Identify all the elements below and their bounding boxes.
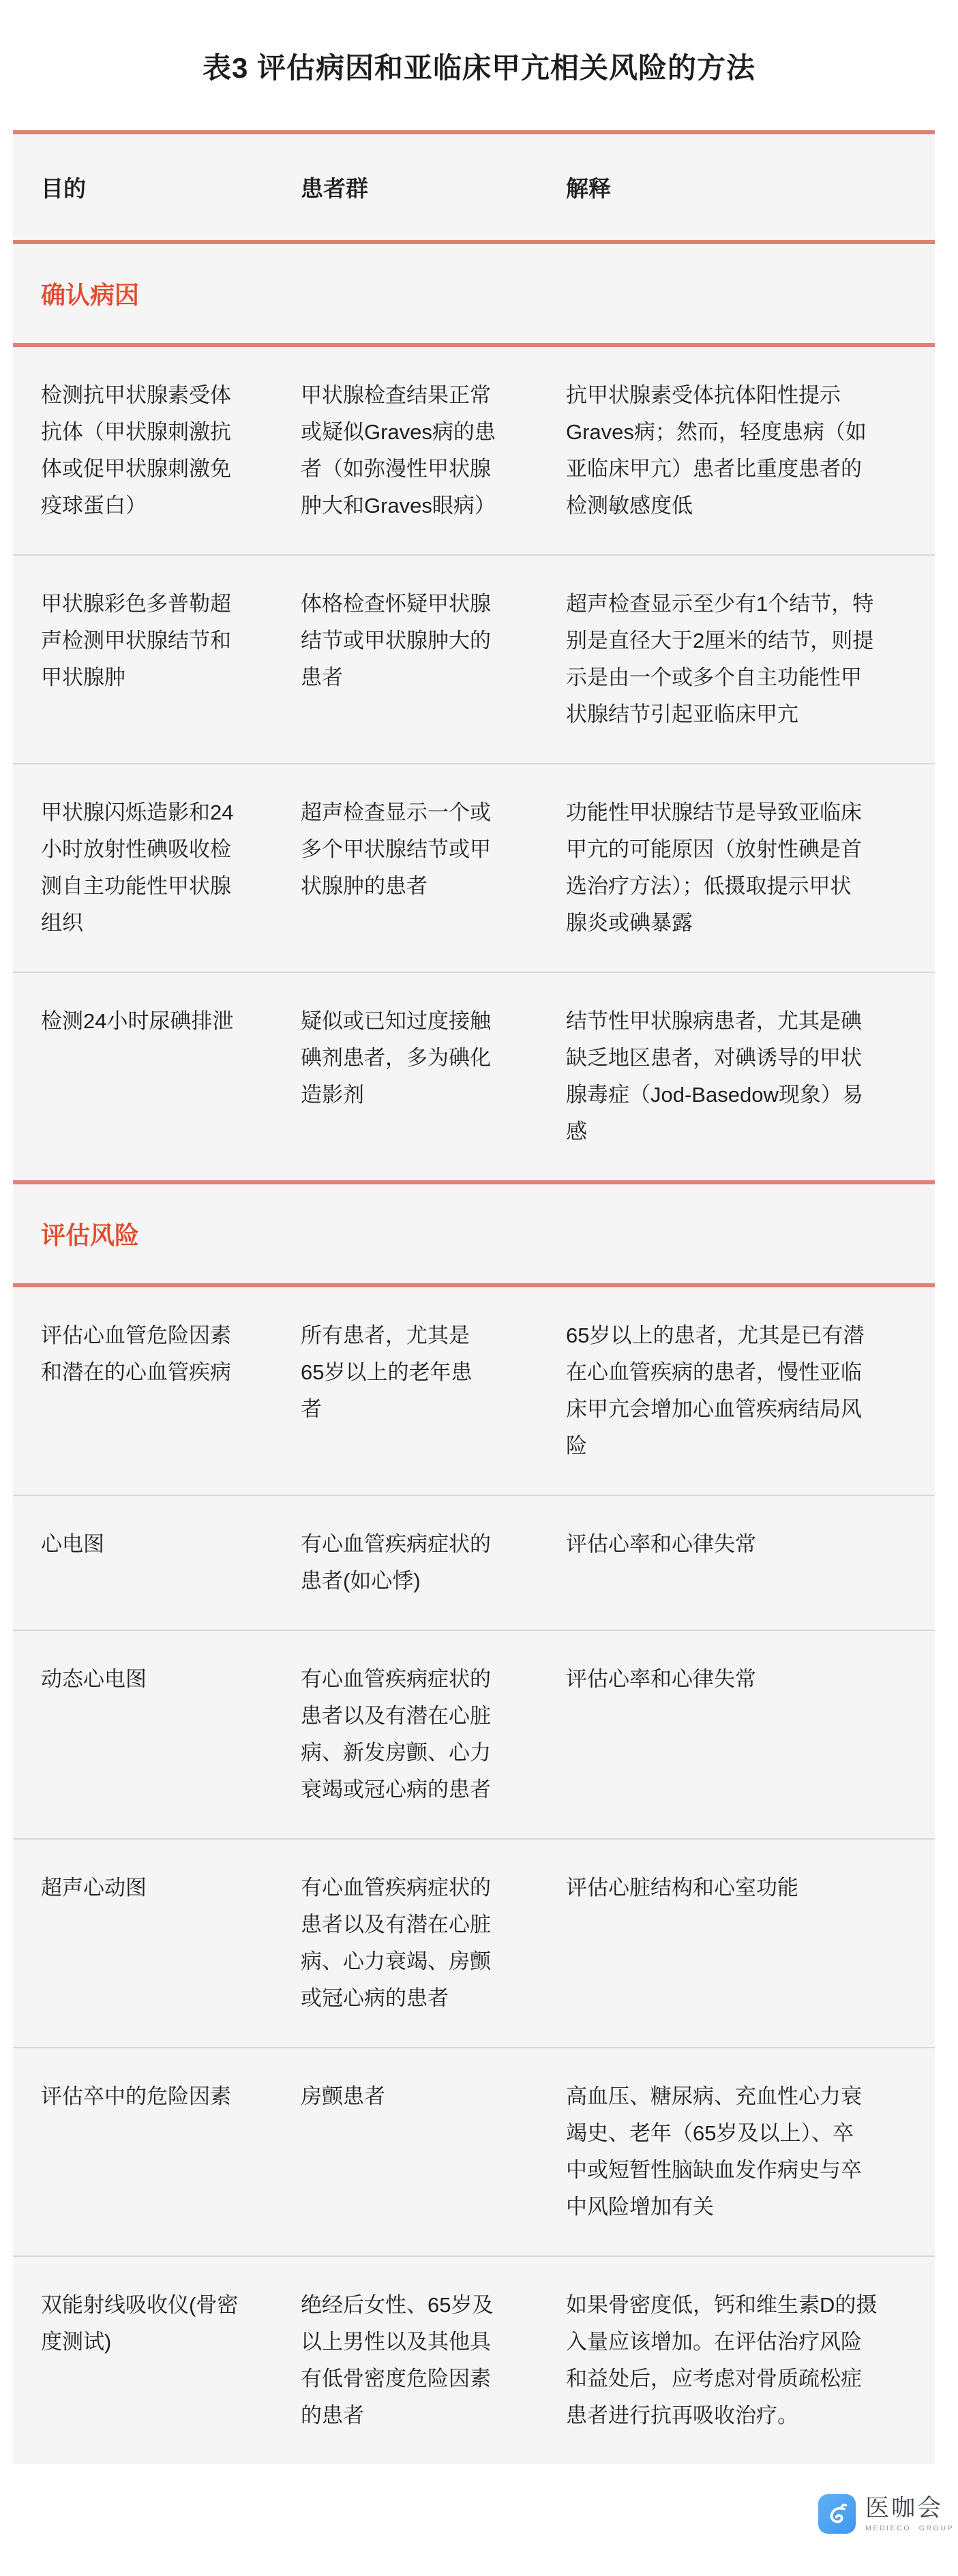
footer-logo: 医咖会 MEDIECO GROUP <box>818 2494 954 2534</box>
section-header-1: 确认病因 <box>13 244 935 343</box>
brand-glyph-icon <box>824 2500 851 2528</box>
medieco-logo-icon <box>818 2494 856 2534</box>
section-rows: 评估心血管危险因素 和潜在的心血管疾病所有患者，尤其是 65岁以上的老年患 者6… <box>13 1287 935 2464</box>
table-row: 心电图有心血管疾病症状的 患者(如心悸)评估心率和心律失常 <box>13 1495 935 1630</box>
table-cell-col1: 超声心动图 <box>41 1870 301 2017</box>
brand-name: 医咖会 <box>865 2496 954 2521</box>
table-cell-col3: 结节性甲状腺病患者，尤其是碘 缺乏地区患者，对碘诱导的甲状 腺毒症（Jod-Ba… <box>566 1003 904 1150</box>
table-cell-col2: 绝经后女性、65岁及 以上男性以及其他具 有低骨密度危险因素 的患者 <box>301 2287 566 2434</box>
table-cell-col1: 检测24小时尿碘排泄 <box>41 1003 301 1150</box>
table-cell-col3: 65岁以上的患者，尤其是已有潜 在心血管疾病的患者，慢性亚临 床甲亢会增加心血管… <box>566 1317 904 1465</box>
column-header-explanation: 解释 <box>566 171 904 203</box>
table-row: 检测抗甲状腺素受体 抗体（甲状腺刺激抗 体或促甲状腺刺激免 疫球蛋白）甲状腺检查… <box>13 347 935 554</box>
page: 表3 评估病因和亚临床甲亢相关风险的方法 目的 患者群 解释 确认病因检测抗甲状… <box>0 0 958 2576</box>
table-cell-col1: 评估卒中的危险因素 <box>41 2078 301 2226</box>
section-rows: 检测抗甲状腺素受体 抗体（甲状腺刺激抗 体或促甲状腺刺激免 疫球蛋白）甲状腺检查… <box>13 347 935 1180</box>
brand-text-block: 医咖会 MEDIECO GROUP <box>865 2496 954 2532</box>
table-cell-col2: 有心血管疾病症状的 患者以及有潜在心脏 病、新发房颤、心力 衰竭或冠心病的患者 <box>301 1661 566 1808</box>
table-cell-col3: 评估心率和心律失常 <box>566 1526 904 1600</box>
table-cell-col1: 双能射线吸收仪(骨密 度测试) <box>41 2287 301 2434</box>
table-cell-col2: 所有患者，尤其是 65岁以上的老年患 者 <box>301 1317 566 1465</box>
table-header-row: 目的 患者群 解释 <box>13 134 935 240</box>
table-row: 双能射线吸收仪(骨密 度测试)绝经后女性、65岁及 以上男性以及其他具 有低骨密… <box>13 2256 935 2464</box>
table-row: 超声心动图有心血管疾病症状的 患者以及有潜在心脏 病、心力衰竭、房颤 或冠心病的… <box>13 1838 935 2047</box>
table-cell-col1: 评估心血管危险因素 和潜在的心血管疾病 <box>41 1317 301 1465</box>
table-cell-col1: 心电图 <box>41 1526 301 1600</box>
table-row: 检测24小时尿碘排泄疑似或已知过度接触 碘剂患者，多为碘化 造影剂结节性甲状腺病… <box>13 972 935 1180</box>
brand-subtitle: MEDIECO GROUP <box>865 2524 954 2532</box>
table-cell-col1: 动态心电图 <box>41 1661 301 1808</box>
table-cell-col1: 甲状腺闪烁造影和24 小时放射性碘吸收检 测自主功能性甲状腺 组织 <box>41 794 301 942</box>
table-row: 评估卒中的危险因素房颤患者高血压、糖尿病、充血性心力衰 竭史、老年（65岁及以上… <box>13 2047 935 2256</box>
table-cell-col3: 评估心率和心律失常 <box>566 1661 904 1808</box>
table-cell-col3: 高血压、糖尿病、充血性心力衰 竭史、老年（65岁及以上）、卒 中或短暂性脑缺血发… <box>566 2078 904 2226</box>
table-cell-col2: 有心血管疾病症状的 患者以及有潜在心脏 病、心力衰竭、房颤 或冠心病的患者 <box>301 1870 566 2017</box>
column-header-patient-group: 患者群 <box>301 171 566 203</box>
page-title: 表3 评估病因和亚临床甲亢相关风险的方法 <box>0 0 958 87</box>
table-row: 甲状腺闪烁造影和24 小时放射性碘吸收检 测自主功能性甲状腺 组织超声检查显示一… <box>13 763 935 972</box>
table-cell-col2: 房颤患者 <box>301 2078 566 2226</box>
column-header-purpose: 目的 <box>41 171 301 203</box>
table-row: 动态心电图有心血管疾病症状的 患者以及有潜在心脏 病、新发房颤、心力 衰竭或冠心… <box>13 1630 935 1838</box>
table-cell-col2: 甲状腺检查结果正常 或疑似Graves病的患 者（如弥漫性甲状腺 肿大和Grav… <box>301 377 566 524</box>
table-cell-col3: 如果骨密度低，钙和维生素D的摄 入量应该增加。在评估治疗风险 和益处后，应考虑对… <box>566 2287 904 2434</box>
table-cell-col3: 抗甲状腺素受体抗体阳性提示 Graves病；然而，轻度患病（如 亚临床甲亢）患者… <box>566 377 904 524</box>
table-cell-col1: 检测抗甲状腺素受体 抗体（甲状腺刺激抗 体或促甲状腺刺激免 疫球蛋白） <box>41 377 301 524</box>
table-row: 评估心血管危险因素 和潜在的心血管疾病所有患者，尤其是 65岁以上的老年患 者6… <box>13 1287 935 1495</box>
table-cell-col1: 甲状腺彩色多普勒超 声检测甲状腺结节和 甲状腺肿 <box>41 586 301 733</box>
table-cell-col2: 超声检查显示一个或 多个甲状腺结节或甲 状腺肿的患者 <box>301 794 566 942</box>
table-cell-col3: 评估心脏结构和心室功能 <box>566 1870 904 2017</box>
table: 目的 患者群 解释 确认病因检测抗甲状腺素受体 抗体（甲状腺刺激抗 体或促甲状腺… <box>13 130 935 2464</box>
table-row: 甲状腺彩色多普勒超 声检测甲状腺结节和 甲状腺肿体格检查怀疑甲状腺 结节或甲状腺… <box>13 554 935 763</box>
table-cell-col2: 体格检查怀疑甲状腺 结节或甲状腺肿大的 患者 <box>301 586 566 733</box>
section-header-2: 评估风险 <box>13 1184 935 1283</box>
table-cell-col2: 有心血管疾病症状的 患者(如心悸) <box>301 1526 566 1600</box>
table-cell-col2: 疑似或已知过度接触 碘剂患者，多为碘化 造影剂 <box>301 1003 566 1150</box>
table-cell-col3: 功能性甲状腺结节是导致亚临床 甲亢的可能原因（放射性碘是首 选治疗方法）；低摄取… <box>566 794 904 942</box>
table-cell-col3: 超声检查显示至少有1个结节，特 别是直径大于2厘米的结节，则提 示是由一个或多个… <box>566 586 904 733</box>
